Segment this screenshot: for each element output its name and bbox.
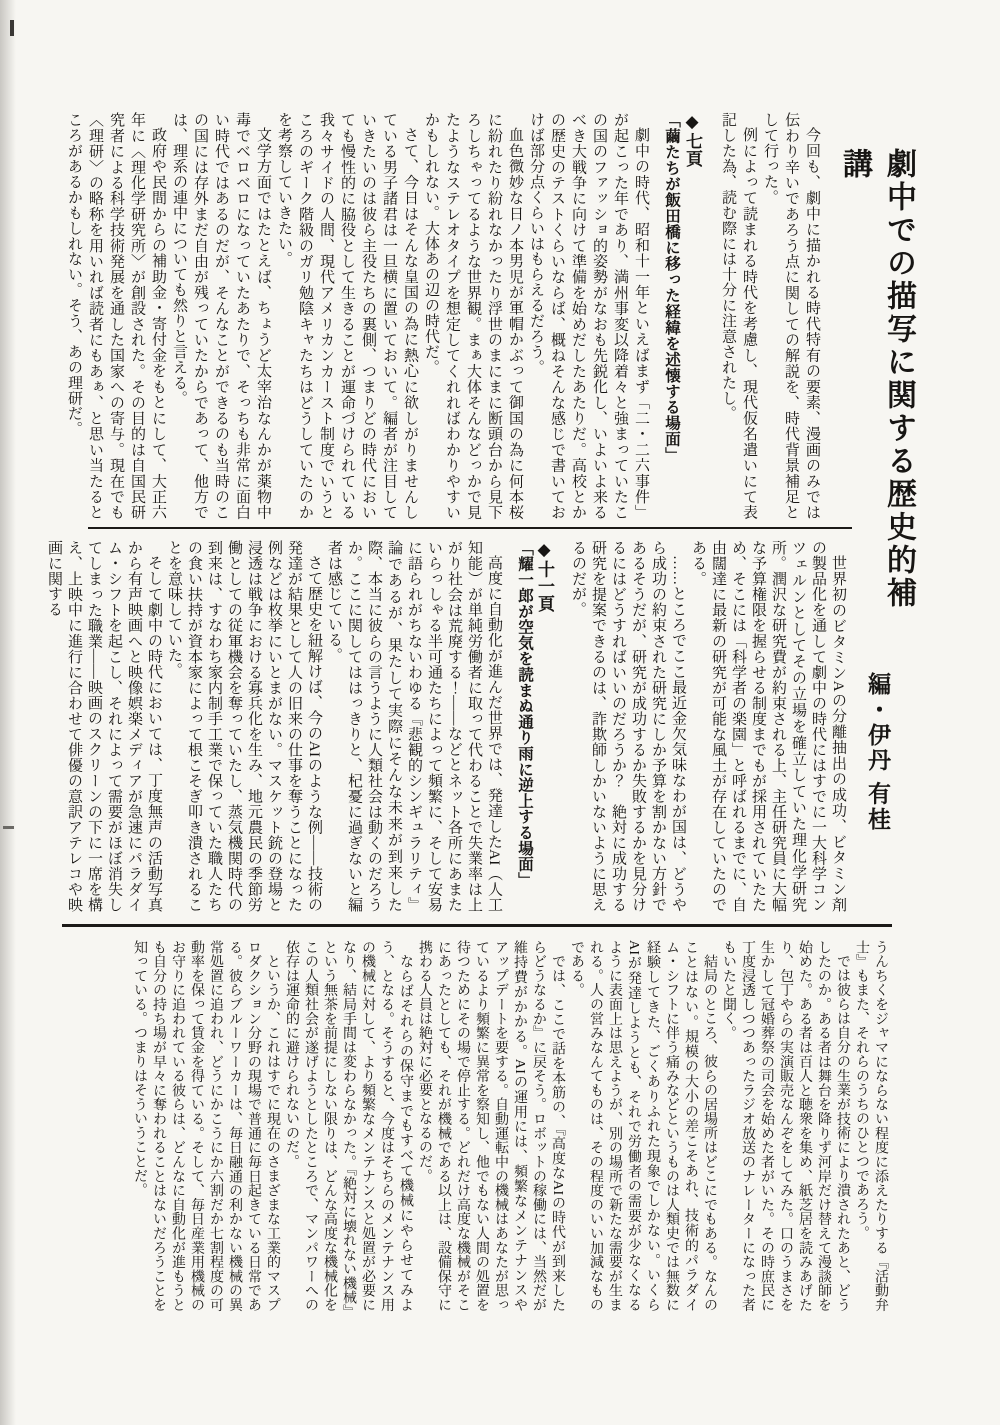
section11-paragraph: 結局のところ、彼らの居場所はどこにでもある。なんのことはない。規模の大小の差こそ… (567, 940, 719, 1312)
binding-edge-shadow (0, 0, 16, 1425)
text-band-bottom: うんちくをジャマにならない程度に添えたりする『活動弁士』もまた、それらのうちのひ… (54, 940, 890, 1312)
section7-paragraph: 文学方面ではたとえば、ちょうど太宰治なんかが薬物中毒でベロベロになっていたあたり… (168, 112, 273, 520)
section7-paragraph: 劇中の時代、昭和十一年といえばまず「二・二六事件」が起こった年であり、満州事変以… (525, 112, 651, 520)
section11-paragraph: そして劇中の時代においては、丁度無声の活動写真から有声映画へと映像娯楽メディアが… (44, 540, 164, 912)
text-band-middle: 世界初のビタミンAの分離抽出の成功、ビタミン剤の製品化を通して劇中の時代にはすで… (52, 540, 848, 912)
section7-paragraph: 世界初のビタミンAの分離抽出の成功、ビタミン剤の製品化を通して劇中の時代にはすで… (688, 540, 848, 912)
registration-mark-top (10, 20, 14, 36)
scanned-document-page: 劇中での描写に関する歴史的補講 編・伊丹 有桂 今回も、劇中に描かれる時代特有の… (0, 0, 1000, 1425)
horizontal-divider-1 (88, 527, 852, 529)
section11-paragraph: さて歴史を紐解けば、今のAIのような例――技術の発達が結果として人の旧来の仕事を… (164, 540, 324, 912)
section7-paragraph: ……ところでここ最近金欠気味なわが国は、どうやら成功の約束された研究にしか予算を… (568, 540, 688, 912)
section11-page-marker: ◆十一頁 (534, 540, 554, 912)
intro-paragraph: 例によって読まれる時代を考慮し、現代仮名遣いにて表記した為、読む際には十分に注意… (717, 112, 759, 520)
section7-paragraph: さて、今日はそんな皇国の為に熱心に欲しがりませんしている男子諸君は一旦横に置いて… (273, 112, 420, 520)
section11-paragraph: では彼らは自分の生業が技術により潰されたあと、どうしたのか。ある者は舞台を降りず… (719, 940, 852, 1312)
section7-paragraph: 政府や民間からの補助金・寄付金をもとにして、大正六年に〈理化学研究所〉が創設され… (63, 112, 168, 520)
registration-mark-middle (3, 826, 14, 829)
horizontal-divider-2 (62, 924, 892, 927)
section11-paragraph: 高度に自動化が進んだ世界では、発達したAI（人工知能）が単純労働者に取って代わる… (324, 540, 504, 912)
section7-page-marker: ◆七頁 (682, 112, 703, 520)
section7-paragraph: 血色微妙な日ノ本男児が軍帽かぶって御国の為に何本桜に紛れたり紛れなかったり浮世の… (420, 112, 525, 520)
intro-paragraph: 今回も、劇中に描かれる時代特有の要素、漫画のみでは伝わり辛いであろう点に関しての… (759, 112, 822, 520)
editor-credit: 編・伊丹 有桂 (861, 672, 894, 882)
section11-paragraph: では、ここで話を本筋の、『高度なAIの時代が到来したらどうなるか』に戻そう。ロボ… (415, 940, 567, 1312)
section11-heading: 「耀一郎が空気を読まぬ通り雨に逆上する場面」 (514, 540, 534, 912)
section11-paragraph: というか、これはすでに現在のさまざまな工業的マスプロダクション分野の現場で普通に… (130, 940, 282, 1312)
section11-paragraph: ならばそれらの保守までもすべて機械にやらせてみよう、となる。そうすると、今度はそ… (282, 940, 415, 1312)
section11-paragraph-continuation: うんちくをジャマにならない程度に添えたりする『活動弁士』もまた、それらのうちのひ… (852, 940, 890, 1312)
text-band-top: 今回も、劇中に描かれる時代特有の要素、漫画のみでは伝わり辛いであろう点に関しての… (50, 112, 822, 520)
section7-heading: 「繭たちが飯田橋に移った経緯を述懐する場面」 (661, 112, 682, 520)
